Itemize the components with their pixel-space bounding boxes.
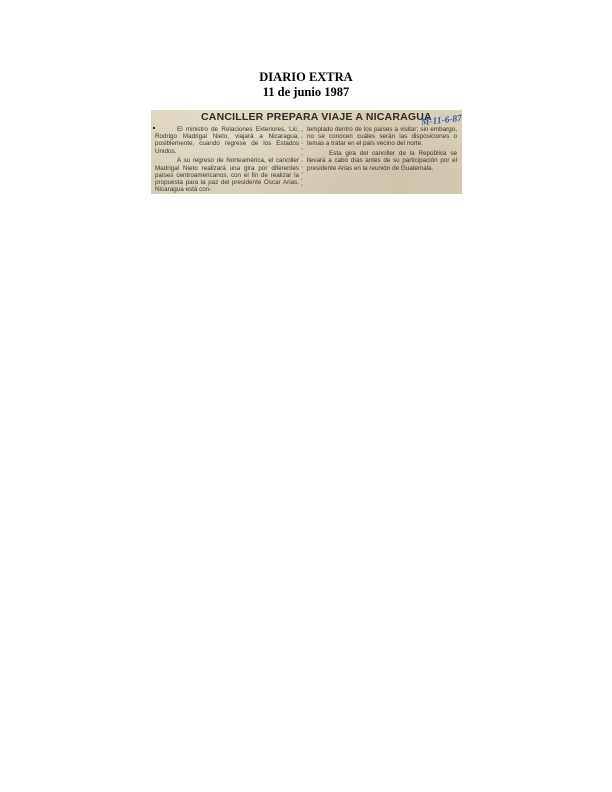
article-left-column: El ministro de Relaciones Exteriores, Li… <box>155 126 299 194</box>
newspaper-clipping: CANCILLER PREPARA VIAJE A NICARAGUA M-11… <box>151 110 462 194</box>
article-paragraph: Esta gira del canciller de la República … <box>307 150 457 172</box>
publication-name: DIARIO EXTRA <box>0 70 612 85</box>
article-paragraph: A su regreso de Norteamérica, el cancill… <box>155 157 299 193</box>
document-header: DIARIO EXTRA 11 de junio 1987 <box>0 70 612 100</box>
publication-date: 11 de junio 1987 <box>0 85 612 100</box>
article-paragraph: El ministro de Relaciones Exteriores, Li… <box>155 126 299 155</box>
clipping-headline: CANCILLER PREPARA VIAJE A NICARAGUA <box>201 111 432 123</box>
article-right-column: templado dentro de los países a visitar;… <box>307 126 457 174</box>
column-divider <box>301 128 303 188</box>
article-paragraph: templado dentro de los países a visitar;… <box>307 126 457 148</box>
